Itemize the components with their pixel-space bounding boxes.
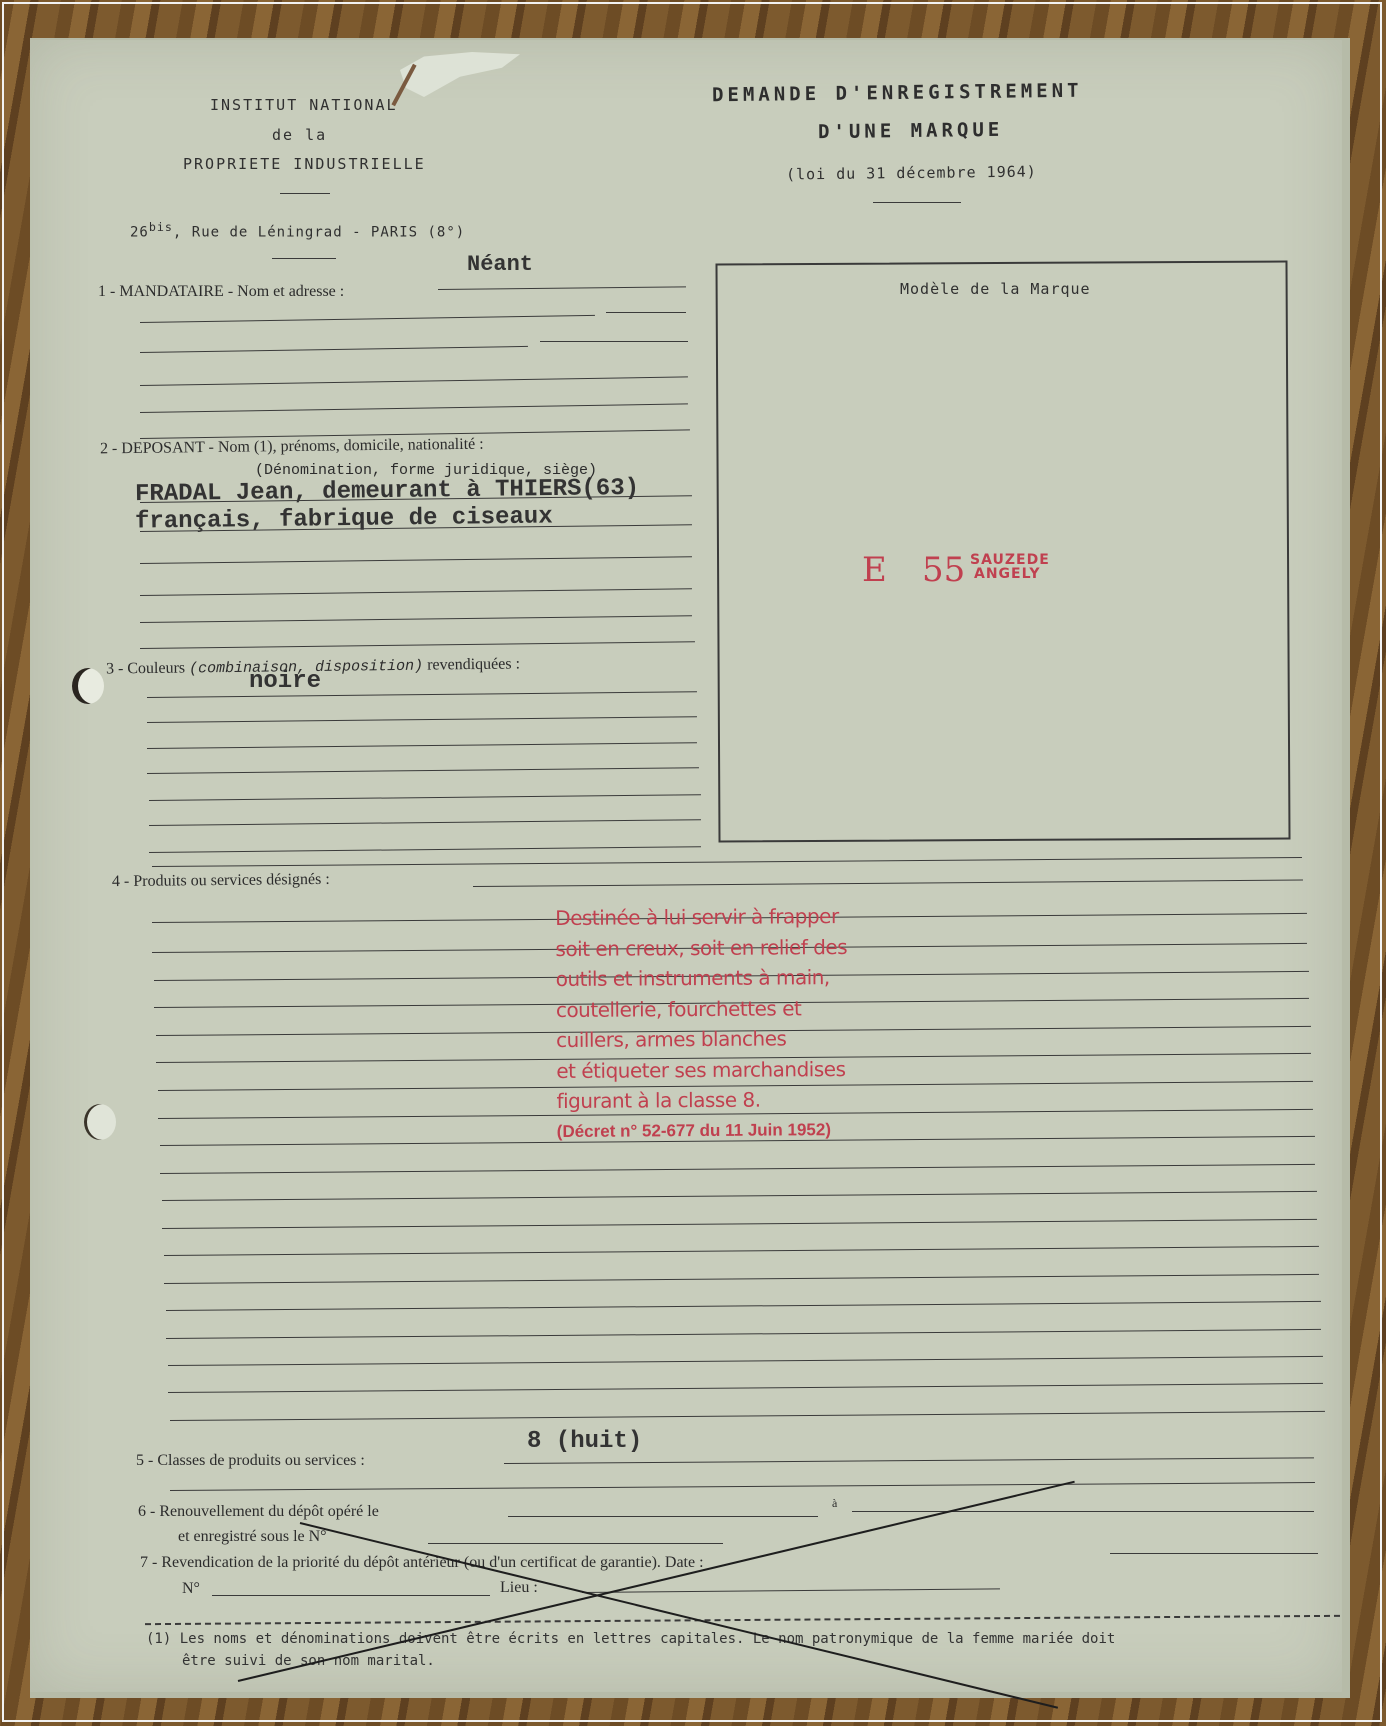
renouvellement-a-label: à (832, 1496, 837, 1511)
renouvellement-date-field[interactable] (508, 1516, 818, 1517)
law-reference: (loi du 31 décembre 1964) (786, 162, 1037, 183)
stamp-name-2: ANGELY (974, 566, 1040, 582)
renouvellement-label: 6 - Renouvellement du dépôt opéré le (138, 1503, 379, 1521)
form-title-line-1: DEMANDE D'ENREGISTREMENT (712, 80, 1083, 107)
model-box-title: Modèle de la Marque (900, 280, 1091, 298)
stamp-line: cuillers, armes blanches (556, 1023, 848, 1056)
enregistre-label: et enregistré sous le N° (178, 1528, 327, 1546)
punch-hole (72, 668, 104, 704)
stamp-letter: E (862, 550, 887, 590)
divider (272, 258, 336, 259)
couleurs-value[interactable]: noire (249, 668, 321, 695)
renouvellement-place-field[interactable] (852, 1511, 1314, 1512)
classes-label: 5 - Classes de produits ou services : (136, 1452, 365, 1470)
institute-line-1: INSTITUT NATIONAL (210, 96, 398, 114)
enregistre-field[interactable] (428, 1543, 723, 1544)
stamp-line: Destinée à lui servir à frapper (555, 901, 847, 934)
mandataire-line[interactable] (606, 312, 686, 313)
footnote-line-1: (1) Les noms et dénominations doivent êt… (146, 1631, 1115, 1647)
form-title-line-2: D'UNE MARQUE (818, 119, 1004, 143)
stamp-line: figurant à la classe 8. (556, 1084, 848, 1117)
revendication-no-field[interactable] (212, 1595, 490, 1596)
institute-line-3: PROPRIETE INDUSTRIELLE (183, 155, 426, 173)
divider (873, 202, 961, 203)
footnote-line-2: être suivi de son nom marital. (182, 1653, 435, 1669)
stamp-line: et étiqueter ses marchandises (556, 1053, 848, 1086)
stamp-decree: (Décret n° 52-677 du 11 Juin 1952) (557, 1114, 849, 1147)
divider (280, 193, 330, 194)
mandataire-label: 1 - MANDATAIRE - Nom et adresse : (98, 283, 344, 301)
produits-label: 4 - Produits ou services désignés : (112, 871, 330, 891)
revendication-date-field[interactable] (1110, 1553, 1318, 1554)
institute-address: 26bis, Rue de Léningrad - PARIS (8°) (130, 220, 465, 241)
stamp-line: soit en creux, soit en relief des (555, 931, 847, 964)
mandataire-line[interactable] (540, 341, 688, 342)
mandataire-value[interactable]: Néant (467, 252, 533, 277)
stamp-number: 55 (922, 550, 965, 590)
revendication-no-label: N° (182, 1580, 200, 1598)
classes-value[interactable]: 8 (huit) (527, 1428, 642, 1455)
punch-hole (84, 1104, 116, 1140)
stamp-line: coutellerie, fourchettes et (556, 992, 848, 1025)
revendication-lieu-label: Lieu : (500, 1579, 538, 1597)
institute-line-2: de la (272, 126, 327, 144)
products-stamp: Destinée à lui servir à frapper soit en … (555, 901, 848, 1147)
stamp-line: outils et instruments à main, (556, 962, 848, 995)
revendication-label: 7 - Revendication de la priorité du dépô… (140, 1554, 704, 1572)
